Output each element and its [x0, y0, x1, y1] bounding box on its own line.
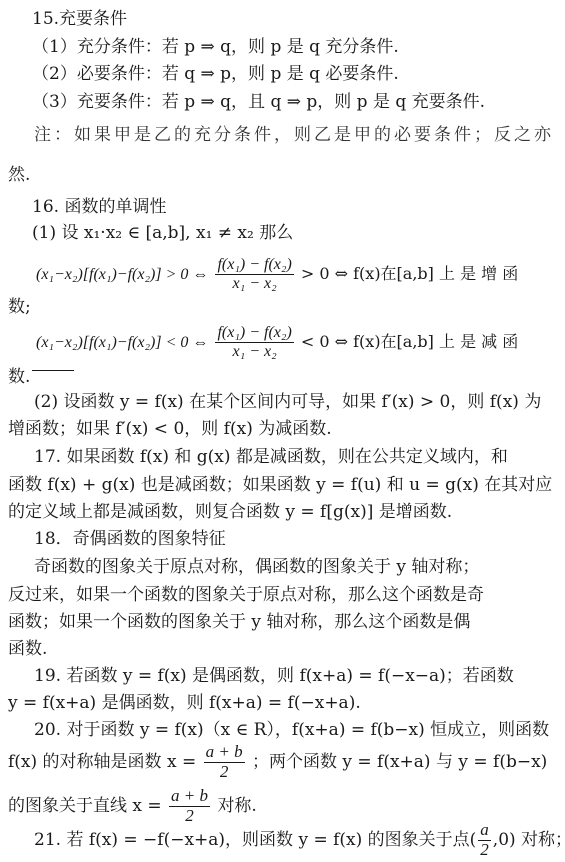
s21-fraction: a 2 — [478, 821, 491, 859]
s17-line1: 17. 如果函数 f(x) 和 g(x) 都是减函数，则在公共定义域内，和 — [34, 446, 508, 468]
s15-note-line2: 然. — [8, 164, 30, 186]
s20-line2-pre: f(x) 的对称轴是函数 x = — [8, 752, 196, 772]
s20-frac2-num: a + b — [169, 787, 210, 807]
s17-line2: 函数 f(x) + g(x) 也是减函数；如果函数 y = f(u) 和 u =… — [8, 474, 552, 496]
inc-frac-num: f(x₁) − f(x₂) — [215, 256, 293, 275]
s18-line1: 奇函数的图象关于原点对称，偶函数的图象关于 y 轴对称； — [34, 556, 479, 578]
dec-frac-den: x₁ − x₂ — [215, 343, 293, 361]
s19-line1: 19. 若函数 y = f(x) 是偶函数，则 f(x+a) = f(−x−a)… — [34, 665, 514, 687]
s18-line4: 函数. — [8, 638, 47, 660]
dec-left: (x₁−x₂)[f(x₁)−f(x₂)] < 0 ⇔ — [36, 334, 208, 351]
s15-item-2: （2）必要条件：若 q ⇒ p，则 p 是 q 必要条件. — [32, 63, 399, 85]
s15-item-1: （1）充分条件：若 p ⇒ q，则 p 是 q 充分条件. — [32, 36, 399, 58]
s21-line: 21. 若 f(x) = −f(−x+a)，则函数 y = f(x) 的图象关于… — [34, 818, 565, 862]
s16-p1: (1) 设 x₁·x₂ ∈ [a,b], x₁ ≠ x₂ 那么 — [32, 222, 293, 244]
s20-line2: f(x) 的对称轴是函数 x = a + b 2 ；两个函数 y = f(x+a… — [8, 740, 547, 784]
inc-tail: 数; — [8, 296, 31, 318]
s18-line2: 反过来，如果一个函数的图象关于原点对称，那么这个函数是奇 — [8, 584, 484, 606]
s20-fraction-1: a + b 2 — [204, 743, 245, 781]
s16-decreasing-formula: (x₁−x₂)[f(x₁)−f(x₂)] < 0 ⇔ f(x₁) − f(x₂)… — [36, 320, 518, 365]
s21-frac-den: 2 — [478, 841, 491, 860]
s16-p2-line2: 增函数；如果 f′(x) < 0，则 f(x) 为减函数. — [8, 418, 332, 440]
s15-item-3: （3）充要条件：若 p ⇒ q，且 q ⇒ p，则 p 是 q 充要条件. — [32, 91, 485, 113]
s21-post: ,0) 对称； — [493, 830, 565, 850]
s20-line3-pre: 的图象关于直线 x = — [8, 796, 162, 816]
s21-pre: 21. 若 f(x) = −f(−x+a)，则函数 y = f(x) 的图象关于… — [34, 830, 476, 850]
s16-increasing-formula: (x₁−x₂)[f(x₁)−f(x₂)] > 0 ⇔ f(x₁) − f(x₂)… — [36, 252, 518, 297]
s20-frac1-den: 2 — [204, 763, 245, 782]
section-16-title: 16. 函数的单调性 — [32, 196, 166, 218]
s20-frac1-num: a + b — [204, 743, 245, 763]
s16-p2-line1: (2) 设函数 y = f(x) 在某个区间内可导，如果 f′(x) > 0，则… — [34, 391, 541, 413]
dec-tail: 数. — [8, 366, 30, 388]
dec-fraction: f(x₁) − f(x₂) x₁ − x₂ — [215, 324, 293, 360]
inc-left: (x₁−x₂)[f(x₁)−f(x₂)] > 0 ⇔ — [36, 266, 208, 283]
strike-line — [32, 370, 74, 371]
dec-frac-num: f(x₁) − f(x₂) — [215, 324, 293, 343]
s18-line3: 函数；如果一个函数的图象关于 y 轴对称，那么这个函数是偶 — [8, 611, 470, 633]
s17-line3: 的定义域上都是减函数，则复合函数 y = f[g(x)] 是增函数. — [8, 501, 452, 523]
s21-frac-num: a — [478, 821, 491, 841]
section-15-title: 15.充要条件 — [32, 8, 127, 30]
section-18-title: 18．奇偶函数的图象特征 — [34, 528, 226, 550]
dec-right: < 0 ⇔ f(x)在[a,b] 上 是 减 函 — [301, 332, 518, 351]
s15-note-line1: 注：如果甲是乙的充分条件，则乙是甲的必要条件；反之亦 — [34, 124, 554, 146]
s20-line2-post: ；两个函数 y = f(x+a) 与 y = f(b−x) — [252, 752, 547, 772]
s20-line1: 20. 对于函数 y = f(x)（x ∈ R），f(x+a) = f(b−x)… — [34, 719, 549, 741]
inc-right: > 0 ⇔ f(x)在[a,b] 上 是 增 函 — [301, 264, 518, 283]
s19-line2: y = f(x+a) 是偶函数，则 f(x+a) = f(−x+a). — [8, 692, 361, 714]
inc-fraction: f(x₁) − f(x₂) x₁ − x₂ — [215, 256, 293, 292]
s20-line3-post: 对称. — [217, 796, 256, 816]
inc-frac-den: x₁ − x₂ — [215, 275, 293, 293]
